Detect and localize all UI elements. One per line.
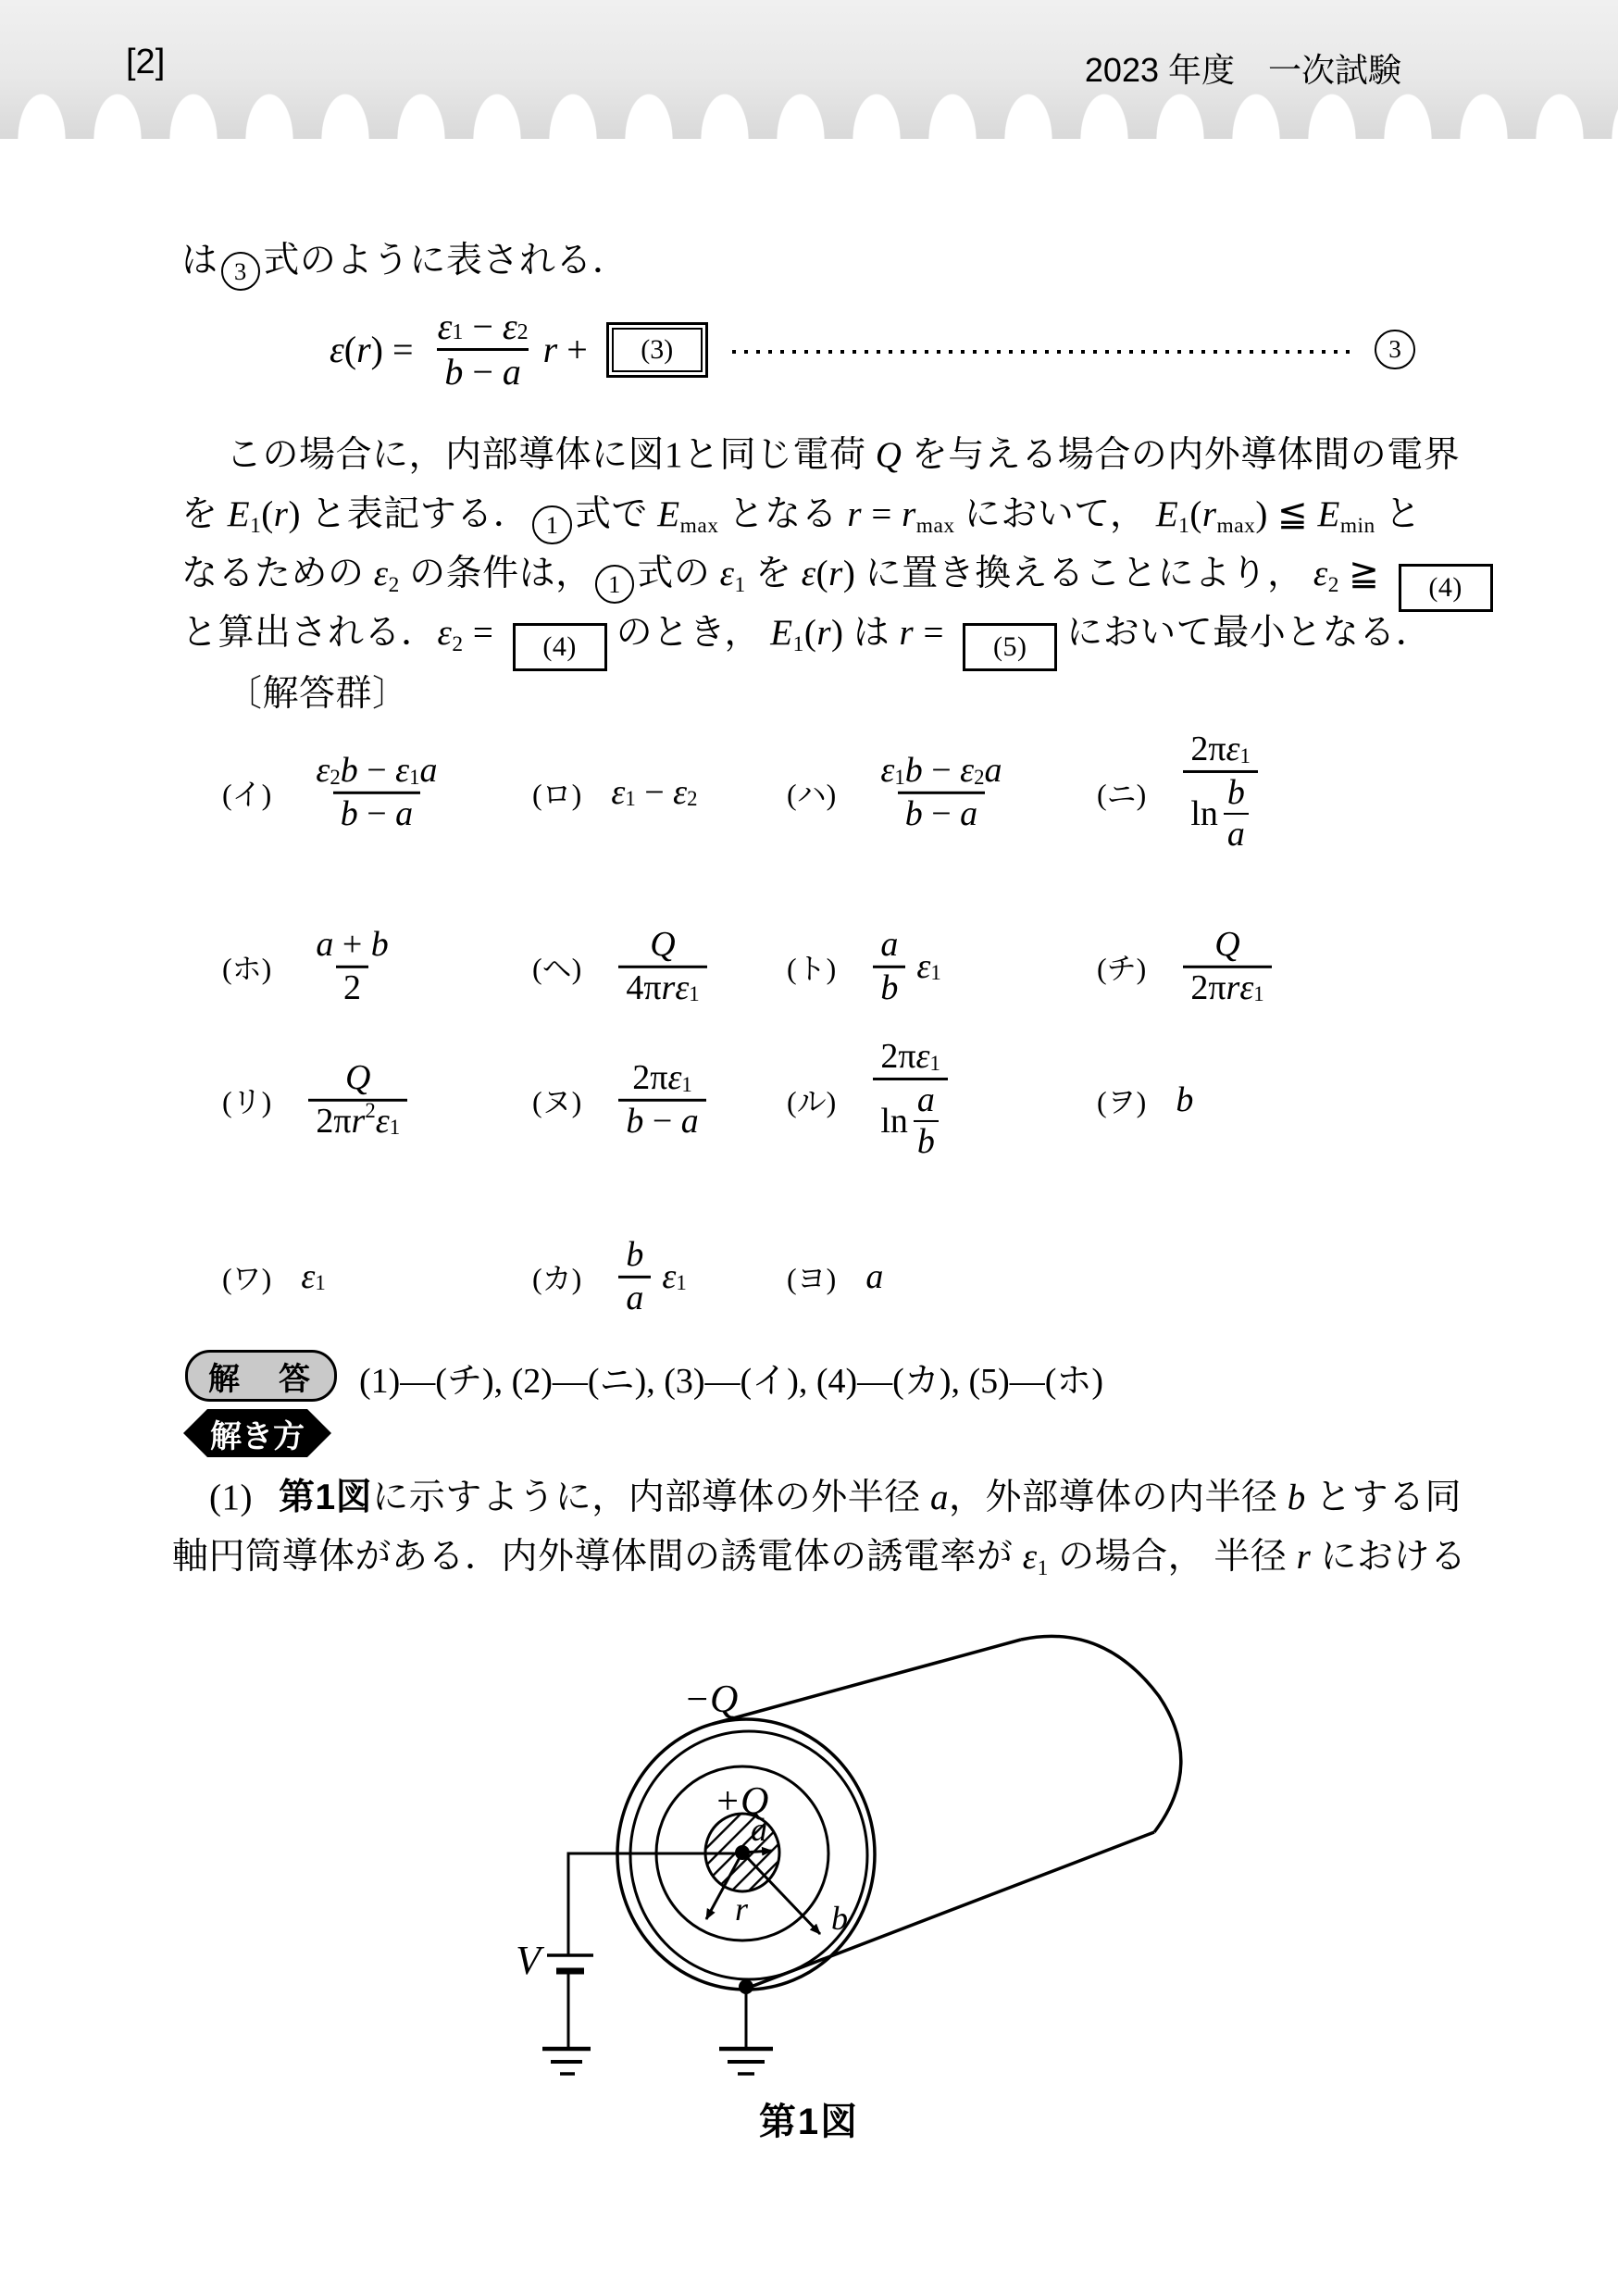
option-item: (ル)2πε1lnab (787, 1037, 955, 1163)
option-formula: ε1b − ε2ab − a (865, 751, 1016, 834)
radius-b-arrow (742, 1853, 820, 1934)
option-formula: ε1 (301, 1256, 325, 1297)
center-node-dot (735, 1845, 750, 1860)
option-label: (ニ) (1097, 771, 1146, 814)
option-item: (ヲ)b (1097, 1079, 1193, 1121)
option-formula: a + b2 (301, 925, 403, 1008)
option-item: (ヌ)2πε1b − a (532, 1058, 714, 1142)
option-label: (チ) (1097, 945, 1146, 988)
page-number: [2] (126, 43, 165, 82)
paragraph-line: なるための ε2 の条件は，1式の ε1 を ε(r) に置き換えることにより，… (181, 550, 1502, 612)
option-item: (イ)ε2b − ε1ab − a (222, 751, 453, 834)
option-item: (ホ)a + b2 (222, 925, 404, 1008)
option-item: (ヨ)a (787, 1255, 883, 1298)
radius-r-label: r (735, 1890, 749, 1928)
option-item: (ト)abε1 (787, 925, 941, 1008)
radius-b-label: b (831, 1900, 848, 1937)
option-item: (ワ)ε1 (222, 1255, 326, 1298)
answer-list: (1)—(チ), (2)—(ニ), (3)—(イ), (4)—(カ), (5)—… (359, 1352, 1103, 1403)
option-label: (ル) (787, 1079, 836, 1121)
option-item: (ロ)ε1 − ε2 (532, 771, 698, 814)
intro-line: は3式のように表される． (181, 237, 629, 291)
option-formula: baε1 (611, 1235, 686, 1318)
option-formula: 2πε1lnba (1176, 730, 1265, 855)
option-formula: ε2b − ε1ab − a (301, 751, 452, 834)
exam-solution-page: [2] 2023 年度 一次試験 は3式のように表される． ε(r) = ε1 … (0, 0, 1618, 2296)
option-label: (リ) (222, 1079, 271, 1121)
answer-badge: 解 答 (185, 1350, 337, 1402)
option-formula: Q2πrε1 (1176, 925, 1278, 1008)
option-formula: abε1 (865, 925, 940, 1008)
cylinder-top-edge (713, 1640, 1021, 1724)
option-label: (ヘ) (532, 945, 581, 988)
radius-a-label: a (751, 1811, 767, 1848)
figure-caption: 第1図 (0, 2092, 1618, 2145)
option-label: (イ) (222, 771, 271, 814)
option-item: (チ)Q2πrε1 (1097, 925, 1279, 1008)
voltage-source-label: V (516, 1938, 545, 1983)
option-formula: ε1 − ε2 (611, 772, 697, 813)
solution-badge: 解き方 (183, 1409, 331, 1457)
option-item: (ニ)2πε1lnba (1097, 730, 1265, 855)
paragraph-line: を E1(r) と表記する．1式で Emax となる r = rmax において… (181, 491, 1421, 544)
option-label: (ト) (787, 945, 836, 988)
option-formula: Q2πr2ε1 (301, 1058, 415, 1142)
option-formula: 2πε1lnab (865, 1037, 955, 1163)
option-formula: 2πε1b − a (611, 1058, 713, 1142)
solution-line: 軸円筒導体がある．内外導体間の誘電体の誘電率が ε1 の場合， 半径 r におけ… (172, 1533, 1467, 1586)
answer-group-heading: 〔解答群〕 (226, 670, 409, 718)
header-band: [2] 2023 年度 一次試験 (0, 0, 1618, 139)
bottom-node-dot (739, 1979, 753, 1994)
paragraph-line: この場合に，内部導体に図1と同じ電荷 Q を与える場合の内外導体間の電界 (181, 431, 1460, 480)
option-formula: b (1176, 1079, 1193, 1120)
paragraph-line: と算出される．ε2 = (4)のとき， E1(r) は r = (5)において最… (181, 609, 1432, 671)
option-formula: a (865, 1256, 883, 1297)
option-label: (ハ) (787, 771, 836, 814)
option-item: (リ)Q2πr2ε1 (222, 1058, 415, 1142)
charge-minus-q-label: −Q (684, 1678, 739, 1721)
solution-line: (1)第1図に示すように，内部導体の外半径 a，外部導体の内半径 b とする同 (172, 1474, 1462, 1522)
option-label: (ヨ) (787, 1255, 836, 1298)
equation-3: ε(r) = ε1 − ε2b − ar + (3)3 (330, 306, 1418, 393)
option-label: (ワ) (222, 1255, 271, 1298)
option-formula: Q4πrε1 (611, 925, 714, 1008)
option-item: (ヘ)Q4πrε1 (532, 925, 715, 1008)
exam-title: 2023 年度 一次試験 (1085, 44, 1401, 92)
option-label: (カ) (532, 1255, 581, 1298)
option-item: (ハ)ε1b − ε2ab − a (787, 751, 1017, 834)
option-label: (ヌ) (532, 1079, 581, 1121)
cylinder-back-arc (1021, 1636, 1181, 1832)
option-item: (カ)baε1 (532, 1235, 687, 1318)
option-label: (ロ) (532, 771, 581, 814)
option-label: (ヲ) (1097, 1079, 1146, 1121)
figure-coaxial-cylinder: −Q +Q a r b V (0, 1620, 1618, 2139)
option-label: (ホ) (222, 945, 271, 988)
